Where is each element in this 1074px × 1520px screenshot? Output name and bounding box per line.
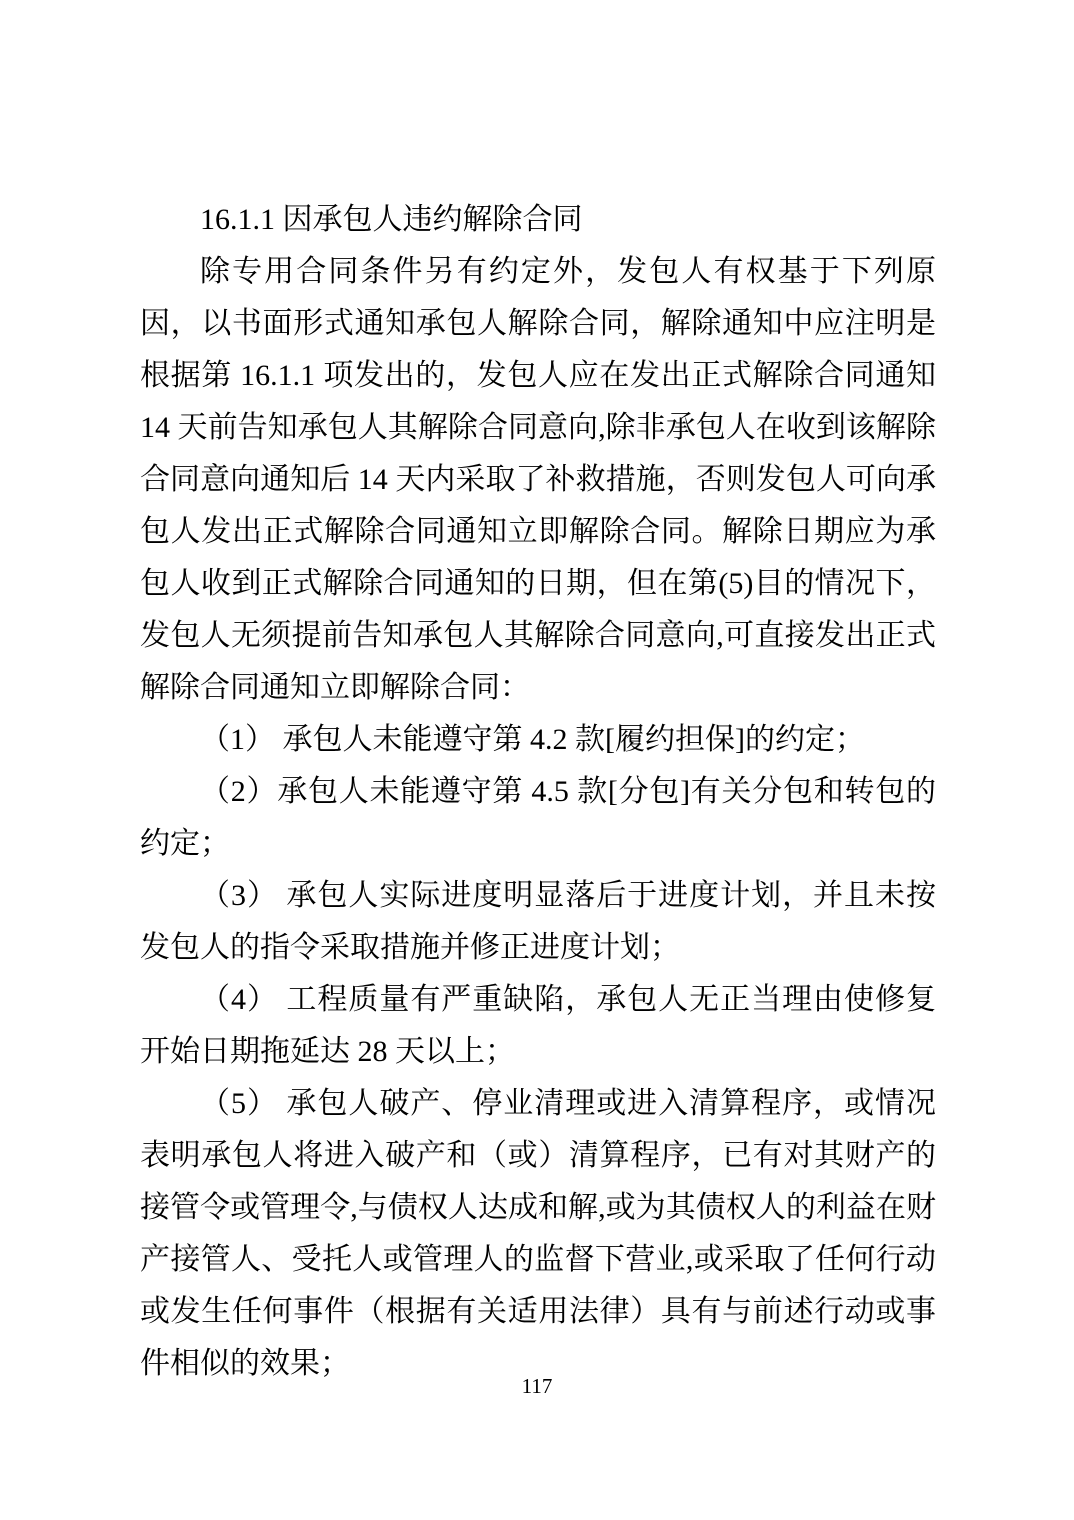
list-item-5: （5） 承包人破产、停业清理或进入清算程序，或情况表明承包人将进入破产和（或）清… <box>140 1078 936 1390</box>
list-item-3: （3） 承包人实际进度明显落后于进度计划，并且未按发包人的指令采取措施并修正进度… <box>140 870 936 974</box>
document-body: 16.1.1 因承包人违约解除合同 除专用合同条件另有约定外，发包人有权基于下列… <box>140 194 936 1390</box>
section-heading: 16.1.1 因承包人违约解除合同 <box>140 194 936 246</box>
intro-paragraph: 除专用合同条件另有约定外，发包人有权基于下列原因，以书面形式通知承包人解除合同，… <box>140 246 936 714</box>
list-item-2: （2）承包人未能遵守第 4.5 款[分包]有关分包和转包的约定； <box>140 766 936 870</box>
list-item-1: （1） 承包人未能遵守第 4.2 款[履约担保]的约定； <box>140 714 936 766</box>
document-page: 16.1.1 因承包人违约解除合同 除专用合同条件另有约定外，发包人有权基于下列… <box>0 0 1074 1520</box>
page-number: 117 <box>0 1374 1074 1398</box>
list-item-4: （4） 工程质量有严重缺陷，承包人无正当理由使修复开始日期拖延达 28 天以上； <box>140 974 936 1078</box>
